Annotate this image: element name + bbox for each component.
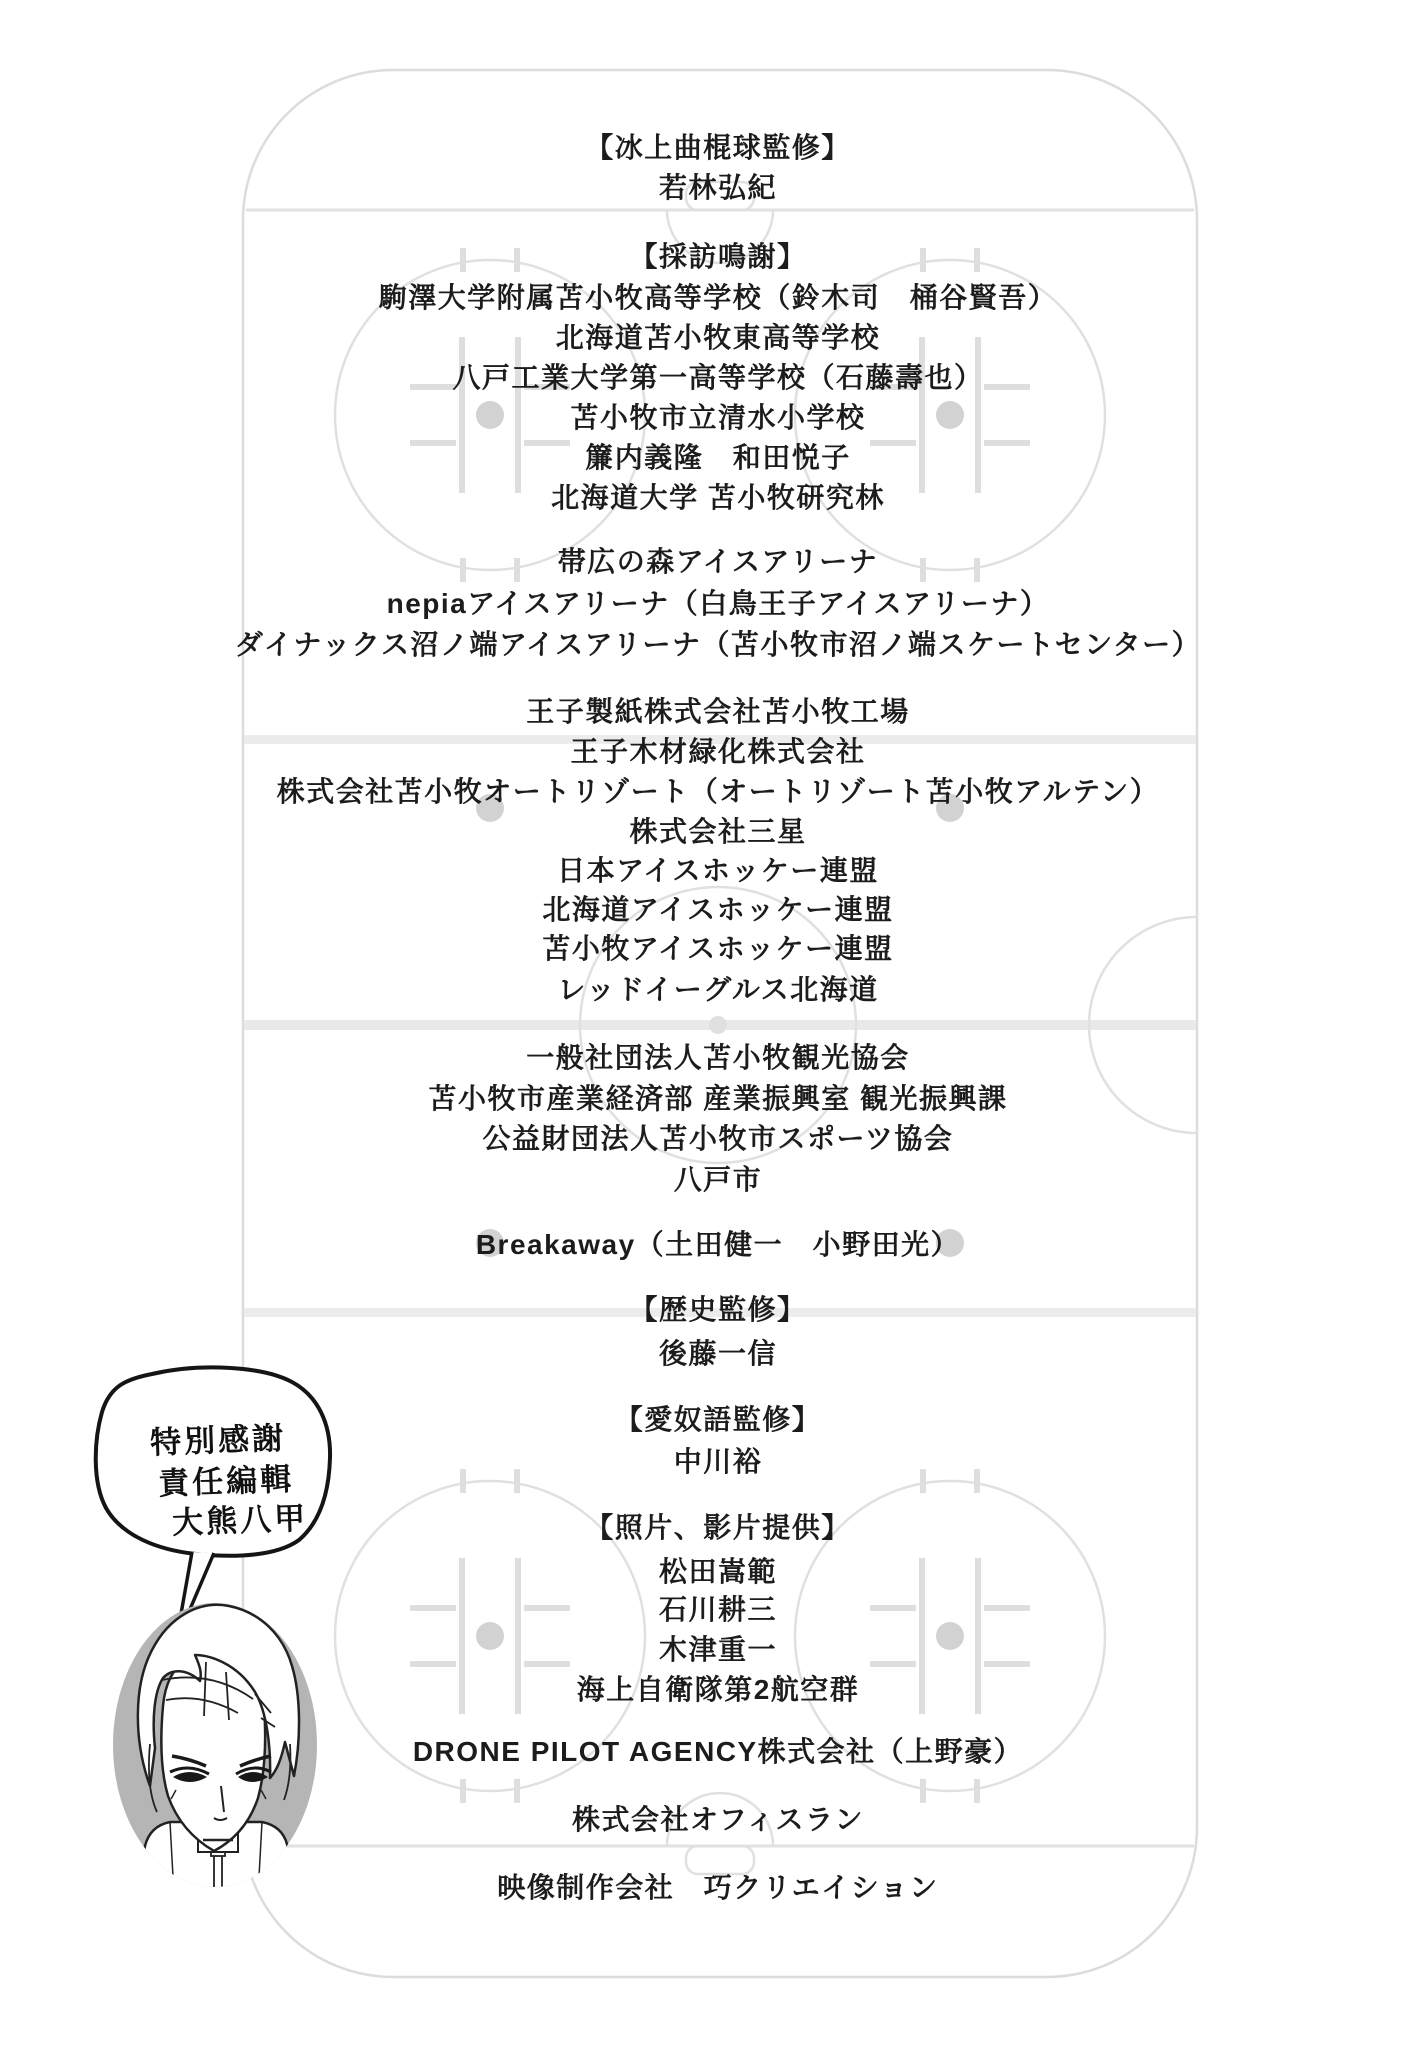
editor-portrait xyxy=(113,1603,317,1895)
manga-credits-page: 【冰上曲棍球監修】若林弘紀【採訪鳴謝】駒澤大学附属苫小牧高等学校（鈴木司 桶谷賢… xyxy=(0,0,1410,2048)
bubble-and-portrait xyxy=(0,0,1410,2048)
bubble-line-3: 大熊八甲 xyxy=(171,1493,308,1543)
